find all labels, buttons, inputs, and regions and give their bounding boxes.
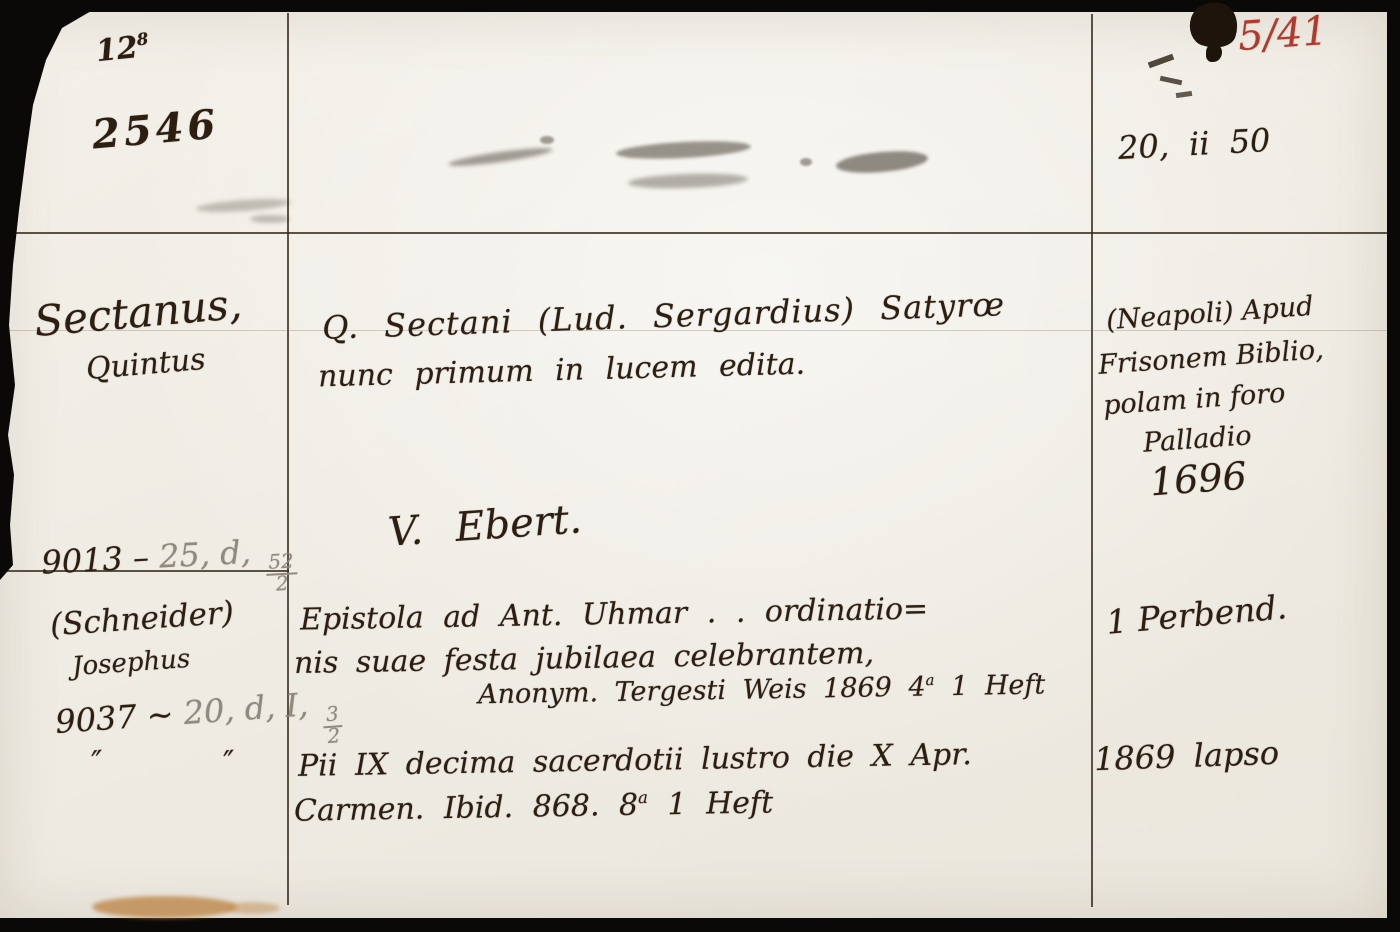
imprint-line-4: Palladio — [1142, 422, 1252, 457]
name-gloss-forename: Josephus — [71, 646, 191, 680]
accession-2-ink: 9037 ~ — [54, 695, 175, 741]
torn-corner — [0, 0, 120, 600]
accession-1-fraction: 522 — [265, 552, 298, 594]
price-note: 20, ii 50 — [1117, 124, 1271, 164]
entry3-line-2-superscript: a — [638, 788, 648, 807]
smudge — [800, 158, 812, 166]
smudge — [540, 136, 554, 144]
entry3-line-2-tail: 1 Heft — [648, 785, 774, 822]
entry3-continuation: 1869 lapso — [1093, 737, 1279, 775]
format-superscript: 8 — [136, 29, 149, 49]
smudge — [250, 215, 290, 223]
entry2-line-3-tail: 1 Heft — [934, 669, 1045, 702]
column-divider-left — [287, 13, 289, 905]
entry3-line-2-text: Carmen. Ibid. 868. 8 — [294, 788, 639, 829]
accession-1-pencil: 25, d, — [158, 533, 252, 576]
accession-2-pencil: 20, d, I, — [182, 685, 309, 732]
accession-2-fraction: 32 — [322, 705, 343, 747]
header-divider-line — [0, 232, 1387, 234]
paper-stain — [225, 902, 280, 914]
imprint-year: 1696 — [1149, 457, 1248, 502]
entry3-line-2: Carmen. Ibid. 868. 8a 1 Heft — [294, 788, 774, 827]
catalog-card-scan: 128 2546 5/41 20, ii 50 Sectanus, Quintu… — [0, 0, 1400, 932]
paper-stain — [92, 896, 237, 918]
red-catalog-number: 5/41 — [1237, 11, 1329, 57]
column-divider-right — [1091, 14, 1093, 907]
